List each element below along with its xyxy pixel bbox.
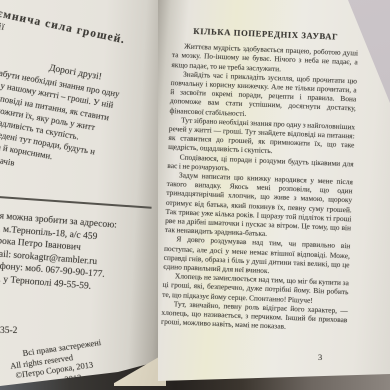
body-paragraph: Задум написати цю книжку народився у мен…	[165, 170, 353, 242]
body-paragraph: Знайдіть час і прикладіть зусилля, щоб п…	[169, 69, 357, 122]
contact-block: ня можна зробити за адресою: 8, м.Терноп…	[0, 210, 117, 295]
isbn-fragment: 35-2	[0, 326, 17, 336]
page-number: 3	[318, 352, 322, 362]
divider-line	[0, 196, 152, 208]
foreword-block: Дорогі друзі! и набути необхідні знання …	[0, 52, 123, 184]
right-page: КІЛЬКА ПОПЕРЕДНІХ ЗАУВАГ Життєва мудріст…	[158, 0, 390, 390]
book-title-block: аємнича сила грошей. кції	[0, 6, 126, 58]
chapter-heading: КІЛЬКА ПОПЕРЕДНІХ ЗАУВАГ	[173, 26, 359, 43]
book-photo: аємнича сила грошей. кції Дорогі друзі! …	[0, 0, 390, 390]
left-page: аємнича сила грошей. кції Дорогі друзі! …	[0, 0, 163, 390]
chapter-text-block: КІЛЬКА ПОПЕРЕДНІХ ЗАУВАГ Життєва мудріст…	[161, 26, 359, 334]
